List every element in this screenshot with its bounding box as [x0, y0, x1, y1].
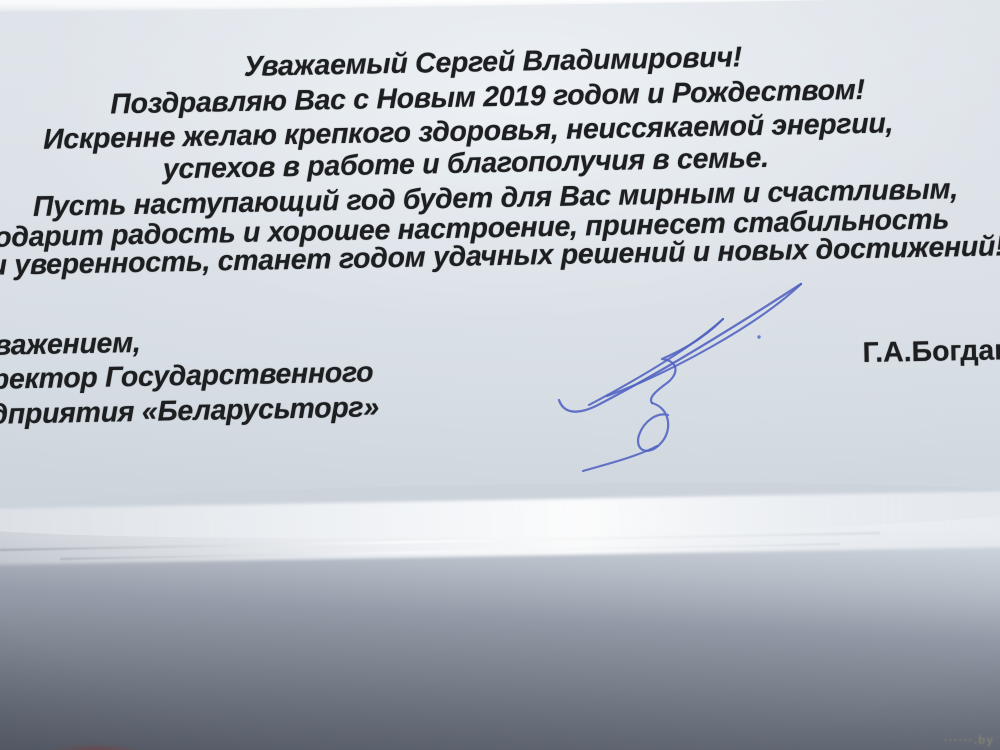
- photo-watermark: ······.by: [944, 733, 994, 747]
- signer-name: Г.А.Богдан: [862, 334, 1000, 370]
- letter-text: Уважаемый Сергей Владимирович! Поздравля…: [0, 0, 1000, 530]
- closing-line: ректор Государственного: [0, 356, 374, 396]
- photo-of-greeting-letter: Уважаемый Сергей Владимирович! Поздравля…: [0, 0, 1000, 750]
- box-edge-sliver: [52, 744, 142, 750]
- closing-line: дприятия «Беларусьторг»: [0, 391, 379, 431]
- closing-line: важением,: [0, 327, 141, 363]
